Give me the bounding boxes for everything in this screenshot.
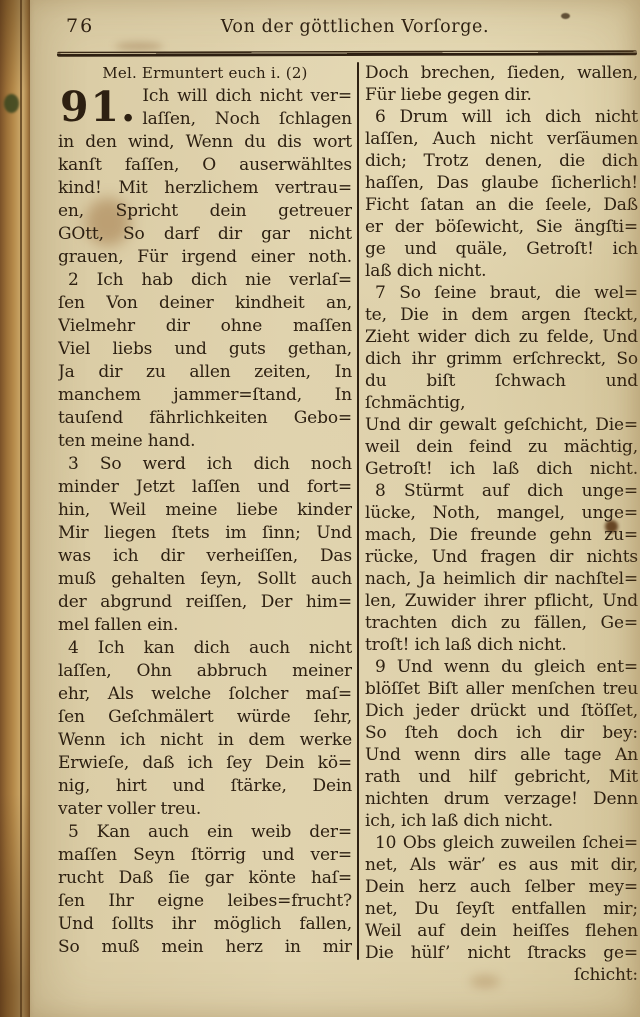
- verse-6: 6 Drum will ich dich nichtlaſſen, Auch n…: [365, 106, 638, 282]
- text-line: 2 Ich hab dich nie verlaſ=: [58, 269, 352, 292]
- text-line: ich, ich laß dich nicht.: [365, 810, 638, 832]
- melody-reference-line: Mel. Ermuntert euch i. (2): [58, 62, 352, 84]
- text-line: was ich dir verheiſſen, Das: [58, 545, 352, 568]
- text-line: 8 Stürmt auf dich unge=: [365, 480, 638, 502]
- text-line: Und wenn dirs alle tage An: [365, 744, 638, 766]
- text-line: muß gehalten ſeyn, Sollt auch: [58, 568, 352, 591]
- hymn-number: 91.: [58, 85, 142, 131]
- text-line: Vielmehr dir ohne maſſen: [58, 315, 352, 338]
- text-line: dich ihr grimm erſchreckt, So: [365, 348, 638, 370]
- text-line: mel fallen ein.: [58, 614, 352, 637]
- text-line: ſen Von deiner kindheit an,: [58, 292, 352, 315]
- verse-2: 2 Ich hab dich nie verlaſ=ſen Von deiner…: [58, 269, 352, 453]
- hymnal-page-scan: { "page": { "number": "76", "header_titl…: [0, 0, 640, 1017]
- text-line: laß dich nicht.: [365, 260, 638, 282]
- book-binding-edge: [0, 0, 30, 1017]
- text-line: ehr, Als welche ſolcher maſ=: [58, 683, 352, 706]
- text-line: ten meine hand.: [58, 430, 352, 453]
- text-line: minder Jetzt laſſen und fort=: [58, 476, 352, 499]
- text-line: kind! Mit herzlichem vertrau=: [58, 177, 352, 200]
- text-line: manchem jammer=ſtand, In: [58, 384, 352, 407]
- verse-9: 9 Und wenn du gleich ent=blöſſet Biſt al…: [365, 656, 638, 832]
- text-line: 5 Kan auch ein weib der=: [58, 821, 352, 844]
- text-line: laſſen, Auch nicht verſäumen: [365, 128, 638, 150]
- text-line: nach, Ja heimlich dir nachſtel=: [365, 568, 638, 590]
- text-line: 6 Drum will ich dich nicht: [365, 106, 638, 128]
- paper-stain: [115, 42, 163, 51]
- verse-4: 4 Ich kan dich auch nichtlaſſen, Ohn abb…: [58, 637, 352, 821]
- text-line: weil dein feind zu mächtig,: [365, 436, 638, 458]
- right-column: Doch brechen, ſieden, wallen,Für liebe g…: [359, 62, 638, 986]
- text-line: Getroſt! ich laß dich nicht.: [365, 458, 638, 480]
- text-line: troſt! ich laß dich nicht.: [365, 634, 638, 656]
- text-line: grauen, Für irgend einer noth.: [58, 246, 352, 269]
- verse-1: 91. Ich will dich nicht ver=laſſen, Noch…: [58, 85, 352, 269]
- text-line: trachten dich zu fällen, Ge=: [365, 612, 638, 634]
- text-line: dich; Trotz denen, die dich: [365, 150, 638, 172]
- text-line: maſſen Seyn ſtörrig und ver=: [58, 844, 352, 867]
- text-line: tauſend fährlichkeiten Gebo=: [58, 407, 352, 430]
- verse-7: 7 So ſeine braut, die wel=te, Die in dem…: [365, 282, 638, 480]
- page: 76 Von der göttlichen Vorſorge. Mel. Erm…: [30, 0, 640, 1017]
- verse-10: 10 Obs gleich zuweilen ſchei=net, Als wä…: [365, 832, 638, 986]
- text-line: Ja dir zu allen zeiten, In: [58, 361, 352, 384]
- text-line: Für liebe gegen dir.: [365, 84, 638, 106]
- header-rule: [57, 50, 637, 57]
- text-line: So muß mein herz in mir: [58, 936, 352, 959]
- left-column: Mel. Ermuntert euch i. (2) 91. Ich will …: [58, 62, 357, 986]
- text-line: Dein herz auch ſelber mey=: [365, 876, 638, 898]
- text-line: nichten drum verzage! Denn: [365, 788, 638, 810]
- text-line: ſen Geſchmälert würde ſehr,: [58, 706, 352, 729]
- text-line: laſſen, Ohn abbruch meiner: [58, 660, 352, 683]
- verse-5-continued: Doch brechen, ſieden, wallen,Für liebe g…: [365, 62, 638, 106]
- text-line: vater voller treu.: [58, 798, 352, 821]
- text-line: Dich jeder drückt und ſtöſſet,: [365, 700, 638, 722]
- running-header: Von der göttlichen Vorſorge.: [90, 17, 620, 37]
- text-line: ſen Ihr eigne leibes=frucht?: [58, 890, 352, 913]
- text-line: en, Spricht dein getreuer: [58, 200, 352, 223]
- text-line: lücke, Noth, mangel, unge=: [365, 502, 638, 524]
- text-line: Wenn ich nicht in dem werke: [58, 729, 352, 752]
- text-line: 10 Obs gleich zuweilen ſchei=: [365, 832, 638, 854]
- text-line: kanſt faſſen, O auserwähltes: [58, 154, 352, 177]
- text-line: in den wind, Wenn du dis wort: [58, 131, 352, 154]
- text-line: rücke, Und fragen dir nichts: [365, 546, 638, 568]
- text-line: Mir liegen ſtets im ſinn; Und: [58, 522, 352, 545]
- text-line: 4 Ich kan dich auch nicht: [58, 637, 352, 660]
- text-line: mach, Die freunde gehn zu=: [365, 524, 638, 546]
- text-line: GOtt, So darf dir gar nicht: [58, 223, 352, 246]
- text-line: Ficht ſatan an die ſeele, Daß: [365, 194, 638, 216]
- text-line: Ich will dich nicht ver=: [142, 85, 352, 108]
- text-line: net, Als wär’ es aus mit dir,: [365, 854, 638, 876]
- text-line: hin, Weil meine liebe kinder: [58, 499, 352, 522]
- text-line: der abgrund reiſſen, Der him=: [58, 591, 352, 614]
- text-columns: Mel. Ermuntert euch i. (2) 91. Ich will …: [58, 62, 638, 986]
- text-line: rucht Daß ſie gar könte haſ=: [58, 867, 352, 890]
- text-line: Erwieſe, daß ich ſey Dein kö=: [58, 752, 352, 775]
- text-line: Und ſollts ihr möglich fallen,: [58, 913, 352, 936]
- text-line: Zieht wider dich zu felde, Und: [365, 326, 638, 348]
- text-line: laſſen, Noch ſchlagen: [142, 108, 352, 131]
- text-line: er der böſewicht, Sie ängſti=: [365, 216, 638, 238]
- text-line: blöſſet Biſt aller menſchen treu: [365, 678, 638, 700]
- text-line: Und dir gewalt geſchicht, Die=: [365, 414, 638, 436]
- text-line: 3 So werd ich dich noch: [58, 453, 352, 476]
- text-line: nig, hirt und ſtärke, Dein: [58, 775, 352, 798]
- text-line: Weil auf dein heiſſes flehen: [365, 920, 638, 942]
- text-line: haſſen, Das glaube ſicherlich!: [365, 172, 638, 194]
- text-line: len, Zuwider ihrer pflicht, Und: [365, 590, 638, 612]
- text-line: net, Du ſeyſt entfallen mir;: [365, 898, 638, 920]
- text-line: ſchicht:: [365, 964, 638, 986]
- text-line: te, Die in dem argen ſteckt,: [365, 304, 638, 326]
- text-line: 7 So ſeine braut, die wel=: [365, 282, 638, 304]
- text-line: 9 Und wenn du gleich ent=: [365, 656, 638, 678]
- verse-8: 8 Stürmt auf dich unge=lücke, Noth, mang…: [365, 480, 638, 656]
- text-line: Die hülf’ nicht ſtracks ge=: [365, 942, 638, 964]
- verse-5: 5 Kan auch ein weib der=maſſen Seyn ſtör…: [58, 821, 352, 959]
- text-line: du biſt ſchwach und ſchmächtig,: [365, 370, 638, 414]
- text-line: Viel liebs und guts gethan,: [58, 338, 352, 361]
- text-line: Doch brechen, ſieden, wallen,: [365, 62, 638, 84]
- text-line: rath und hilf gebricht, Mit: [365, 766, 638, 788]
- text-line: ge und quäle, Getroſt! ich: [365, 238, 638, 260]
- text-line: So ſteh doch ich dir bey:: [365, 722, 638, 744]
- verse-3: 3 So werd ich dich nochminder Jetzt laſſ…: [58, 453, 352, 637]
